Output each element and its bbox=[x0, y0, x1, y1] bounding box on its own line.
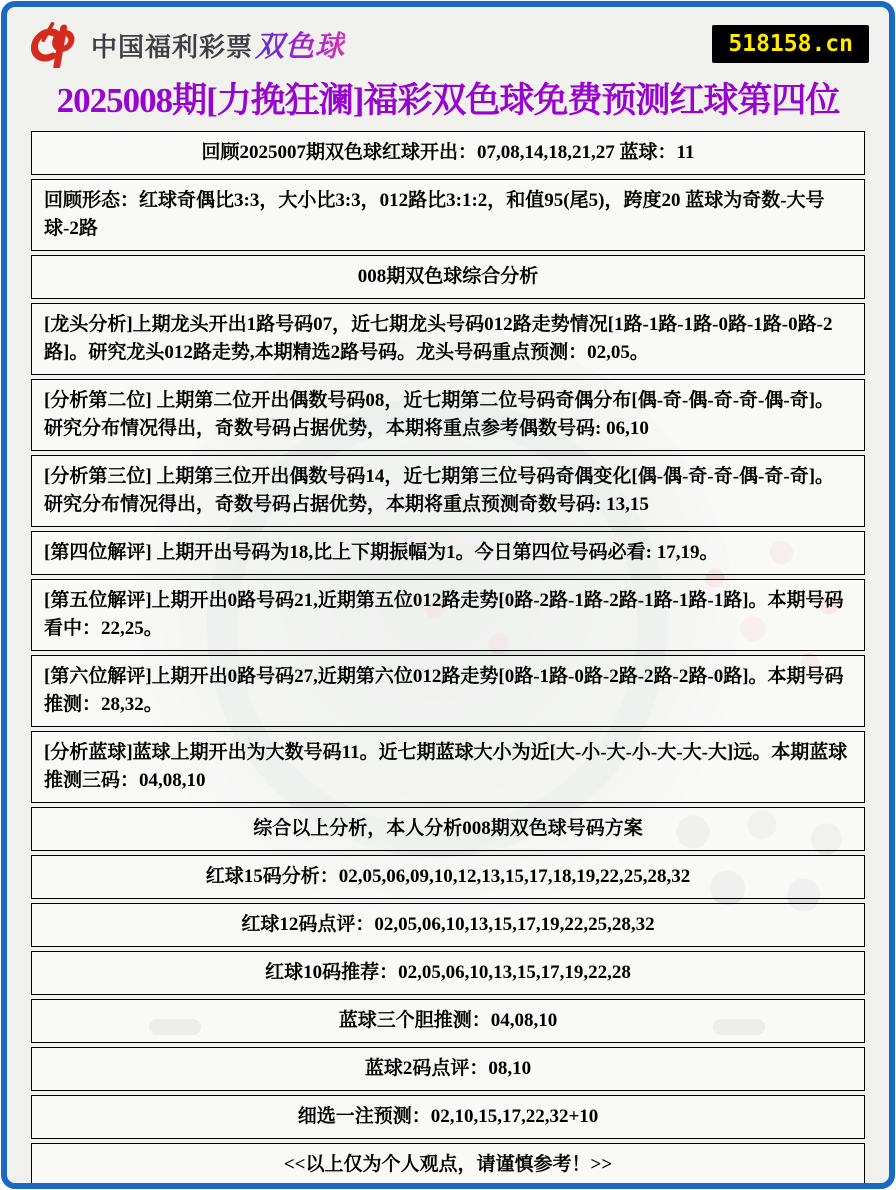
summary-title-box: 综合以上分析，本人分析008期双色球号码方案 bbox=[31, 807, 865, 851]
position5-review-box: [第五位解评]上期开出0路号码21,近期第五位012路走势[0路-2路-1路-2… bbox=[31, 579, 865, 651]
blue-ball-analysis-box: [分析蓝球]蓝球上期开出为大数号码11。近七期蓝球大小为近[大-小-大-小-大-… bbox=[31, 731, 865, 803]
dragon-head-analysis-box: [龙头分析]上期龙头开出1路号码07，近七期龙头号码012路走势情况[1路-1路… bbox=[31, 303, 865, 375]
red-15-codes-box: 红球15码分析：02,05,06,09,10,12,13,15,17,18,19… bbox=[31, 855, 865, 899]
brand-name: 中国福利彩票 bbox=[91, 27, 253, 64]
position2-analysis-box: [分析第二位] 上期第二位开出偶数号码08，近七期第二位号码奇偶分布[偶-奇-偶… bbox=[31, 379, 865, 451]
blue-2-codes-box: 蓝球2码点评：08,10 bbox=[31, 1047, 865, 1091]
red-10-codes-box: 红球10码推荐：02,05,06,10,13,15,17,19,22,28 bbox=[31, 951, 865, 995]
page-frame: 中国福利彩票 双色球 518158.cn 2025008期[力挽狂澜]福彩双色球… bbox=[1, 1, 895, 1189]
position4-review-box: [第四位解评] 上期开出号码为18,比上下期振幅为1。今日第四位号码必看: 17… bbox=[31, 531, 865, 575]
site-badge: 518158.cn bbox=[712, 25, 869, 63]
blue-3-codes-box: 蓝球三个胆推测：04,08,10 bbox=[31, 999, 865, 1043]
position3-analysis-box: [分析第三位] 上期第三位开出偶数号码14，近七期第三位号码奇偶变化[偶-偶-奇… bbox=[31, 455, 865, 527]
position6-review-box: [第六位解评]上期开出0路号码27,近期第六位012路走势[0路-1路-0路-2… bbox=[31, 655, 865, 727]
page-title: 2025008期[力挽狂澜]福彩双色球免费预测红球第四位 bbox=[13, 73, 883, 123]
review-pattern-box: 回顾形态：红球奇偶比3:3，大小比3:3，012路比3:1:2，和值95(尾5)… bbox=[31, 179, 865, 251]
analysis-title-box: 008期双色球综合分析 bbox=[31, 255, 865, 299]
content: 回顾2025007期双色球红球开出：07,08,14,18,21,27 蓝球：1… bbox=[7, 131, 889, 1187]
china-welfare-lottery-logo-icon bbox=[29, 20, 81, 68]
header: 中国福利彩票 双色球 518158.cn bbox=[7, 7, 889, 69]
single-pick-box: 细选一注预测：02,10,15,17,22,32+10 bbox=[31, 1095, 865, 1139]
brand: 中国福利彩票 双色球 bbox=[91, 24, 345, 65]
page: 中国福利彩票 双色球 518158.cn 2025008期[力挽狂澜]福彩双色球… bbox=[0, 0, 896, 1190]
brand-product: 双色球 bbox=[255, 24, 345, 65]
review-result-box: 回顾2025007期双色球红球开出：07,08,14,18,21,27 蓝球：1… bbox=[31, 131, 865, 175]
disclaimer-box: <<以上仅为个人观点，请谨慎参考！>> bbox=[31, 1143, 865, 1187]
red-12-codes-box: 红球12码点评：02,05,06,10,13,15,17,19,22,25,28… bbox=[31, 903, 865, 947]
